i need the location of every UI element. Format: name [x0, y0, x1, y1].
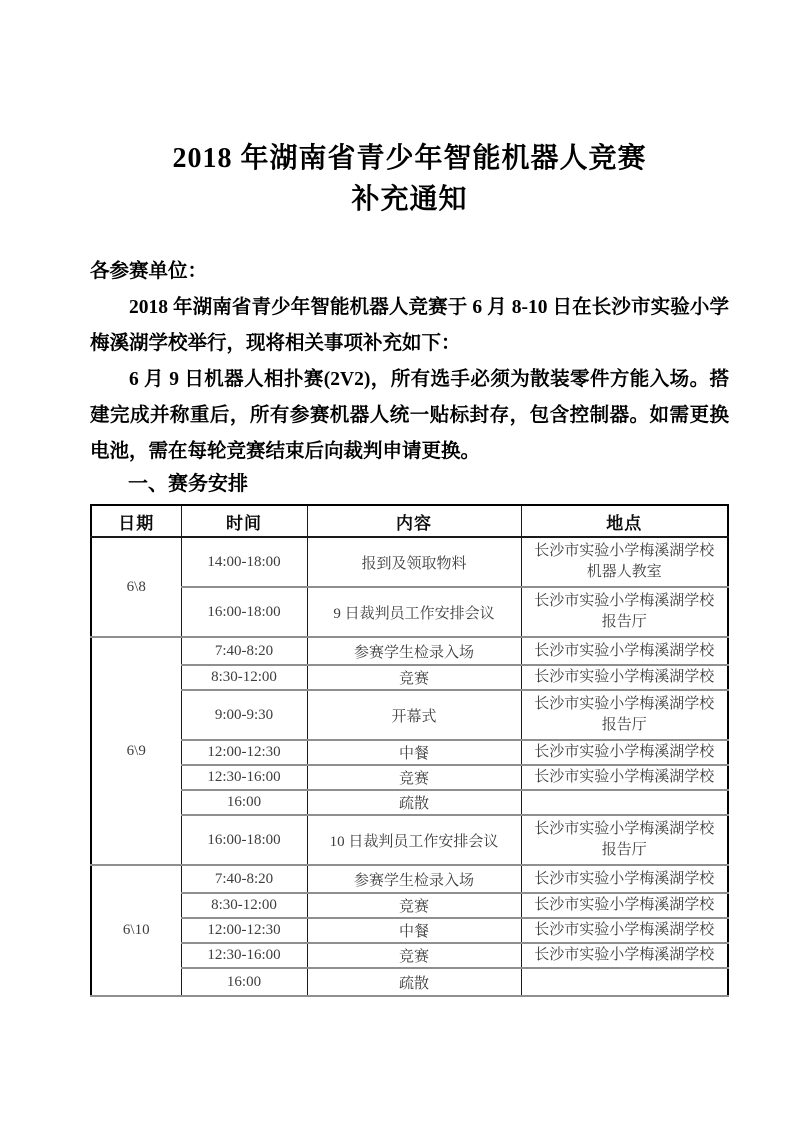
content-cell: 参赛学生检录入场 — [307, 637, 521, 665]
content-cell: 竞赛 — [307, 893, 521, 918]
content-cell: 9 日裁判员工作安排会议 — [307, 587, 521, 637]
col-header-time: 时间 — [181, 505, 307, 537]
table-row: 12:30-16:00 竞赛 长沙市实验小学梅溪湖学校 — [91, 943, 728, 968]
time-cell: 8:30-12:00 — [181, 665, 307, 690]
content-cell: 竞赛 — [307, 943, 521, 968]
content-cell: 竞赛 — [307, 765, 521, 790]
location-cell: 长沙市实验小学梅溪湖学校 — [521, 865, 728, 893]
table-row: 16:00 疏散 — [91, 968, 728, 996]
table-header-row: 日期 时间 内容 地点 — [91, 505, 728, 537]
table-row: 12:30-16:00 竞赛 长沙市实验小学梅溪湖学校 — [91, 765, 728, 790]
table-row: 16:00 疏散 — [91, 790, 728, 815]
content-cell: 10 日裁判员工作安排会议 — [307, 815, 521, 865]
location-cell: 长沙市实验小学梅溪湖学校 — [521, 918, 728, 943]
table-row: 16:00-18:00 10 日裁判员工作安排会议 长沙市实验小学梅溪湖学校 报… — [91, 815, 728, 865]
table-row: 6\9 7:40-8:20 参赛学生检录入场 长沙市实验小学梅溪湖学校 — [91, 637, 728, 665]
document-title: 2018 年湖南省青少年智能机器人竞赛 补充通知 — [90, 138, 729, 220]
table-row: 12:00-12:30 中餐 长沙市实验小学梅溪湖学校 — [91, 918, 728, 943]
location-cell — [521, 968, 728, 996]
table-row: 6\8 14:00-18:00 报到及领取物料 长沙市实验小学梅溪湖学校 机器人… — [91, 537, 728, 587]
content-cell: 中餐 — [307, 918, 521, 943]
title-line-1: 2018 年湖南省青少年智能机器人竞赛 — [172, 143, 646, 174]
time-cell: 14:00-18:00 — [181, 537, 307, 587]
col-header-date: 日期 — [91, 505, 181, 537]
document-body: 各参赛单位： 2018 年湖南省青少年智能机器人竞赛于 6 月 8-10 日在长… — [90, 254, 729, 470]
col-header-location: 地点 — [521, 505, 728, 537]
time-cell: 12:00-12:30 — [181, 740, 307, 765]
content-cell: 疏散 — [307, 790, 521, 815]
time-cell: 16:00 — [181, 790, 307, 815]
location-cell: 长沙市实验小学梅溪湖学校 报告厅 — [521, 690, 728, 740]
paragraph-2: 6 月 9 日机器人相扑赛(2V2)，所有选手必须为散装零件方能入场。搭建完成并… — [90, 362, 729, 470]
content-cell: 中餐 — [307, 740, 521, 765]
time-cell: 16:00-18:00 — [181, 587, 307, 637]
title-line-2: 补充通知 — [351, 184, 467, 215]
time-cell: 7:40-8:20 — [181, 865, 307, 893]
location-cell: 长沙市实验小学梅溪湖学校 — [521, 893, 728, 918]
salutation: 各参赛单位： — [90, 254, 729, 290]
location-cell: 长沙市实验小学梅溪湖学校 — [521, 740, 728, 765]
content-cell: 开幕式 — [307, 690, 521, 740]
location-cell: 长沙市实验小学梅溪湖学校 — [521, 943, 728, 968]
content-cell: 疏散 — [307, 968, 521, 996]
location-cell — [521, 790, 728, 815]
date-cell: 6\9 — [91, 637, 181, 865]
content-cell: 竞赛 — [307, 665, 521, 690]
location-cell: 长沙市实验小学梅溪湖学校 报告厅 — [521, 815, 728, 865]
time-cell: 7:40-8:20 — [181, 637, 307, 665]
col-header-content: 内容 — [307, 505, 521, 537]
date-cell: 6\10 — [91, 865, 181, 996]
time-cell: 12:30-16:00 — [181, 765, 307, 790]
schedule-table: 日期 时间 内容 地点 6\8 14:00-18:00 报到及领取物料 长沙市实… — [90, 504, 729, 997]
time-cell: 12:30-16:00 — [181, 943, 307, 968]
content-cell: 参赛学生检录入场 — [307, 865, 521, 893]
table-row: 9:00-9:30 开幕式 长沙市实验小学梅溪湖学校 报告厅 — [91, 690, 728, 740]
time-cell: 9:00-9:30 — [181, 690, 307, 740]
location-cell: 长沙市实验小学梅溪湖学校 报告厅 — [521, 587, 728, 637]
table-row: 6\10 7:40-8:20 参赛学生检录入场 长沙市实验小学梅溪湖学校 — [91, 865, 728, 893]
table-row: 8:30-12:00 竞赛 长沙市实验小学梅溪湖学校 — [91, 665, 728, 690]
time-cell: 8:30-12:00 — [181, 893, 307, 918]
time-cell: 12:00-12:30 — [181, 918, 307, 943]
location-cell: 长沙市实验小学梅溪湖学校 机器人教室 — [521, 537, 728, 587]
content-cell: 报到及领取物料 — [307, 537, 521, 587]
location-cell: 长沙市实验小学梅溪湖学校 — [521, 637, 728, 665]
table-row: 8:30-12:00 竞赛 长沙市实验小学梅溪湖学校 — [91, 893, 728, 918]
table-row: 12:00-12:30 中餐 长沙市实验小学梅溪湖学校 — [91, 740, 728, 765]
location-cell: 长沙市实验小学梅溪湖学校 — [521, 665, 728, 690]
location-cell: 长沙市实验小学梅溪湖学校 — [521, 765, 728, 790]
document-page: 2018 年湖南省青少年智能机器人竞赛 补充通知 各参赛单位： 2018 年湖南… — [0, 0, 793, 1122]
time-cell: 16:00-18:00 — [181, 815, 307, 865]
time-cell: 16:00 — [181, 968, 307, 996]
date-cell: 6\8 — [91, 537, 181, 637]
section-heading: 一、赛务安排 — [128, 470, 729, 498]
table-row: 16:00-18:00 9 日裁判员工作安排会议 长沙市实验小学梅溪湖学校 报告… — [91, 587, 728, 637]
paragraph-1: 2018 年湖南省青少年智能机器人竞赛于 6 月 8-10 日在长沙市实验小学梅… — [90, 290, 729, 362]
